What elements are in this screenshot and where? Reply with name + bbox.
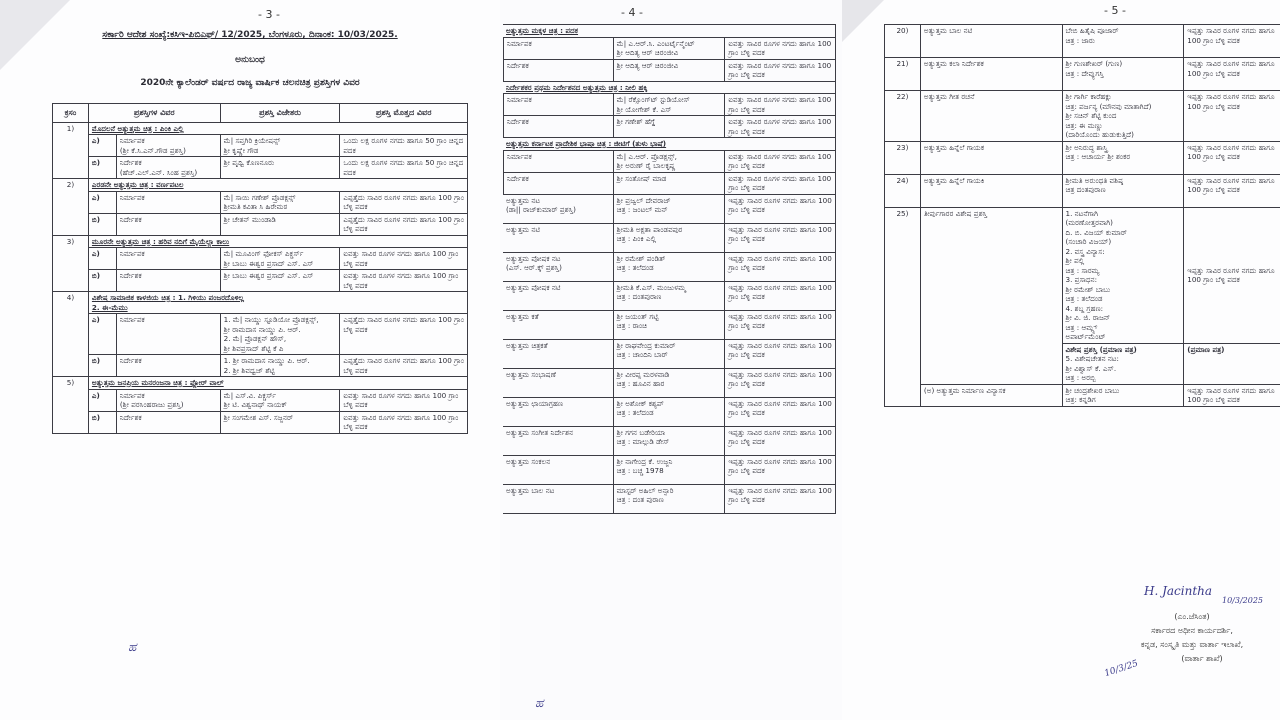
table-row: ಅತ್ಯುತ್ತಮ ನಟಿಶ್ರೀಮತಿ ಅಕ್ಷತಾ ಪಾಂಡವಪುರ ಚಿತ… <box>503 223 836 252</box>
award-category: ಅತ್ಯುತ್ತಮ ಸಂಗೀತ ನಿರ್ದೇಶನ <box>503 426 613 455</box>
section-heading-row: 1)ಮೊದಲನೆ ಅತ್ಯುತ್ತಮ ಚಿತ್ರ : ಪಿಂಕಿ ಎಲ್ಲಿ <box>53 122 468 135</box>
section-heading-row: 2)ಎರಡನೇ ಅತ್ಯುತ್ತಮ ಚಿತ್ರ : ವರ್ಣಪಟಲ <box>53 179 468 192</box>
signature-date: 10/3/2025 <box>1222 596 1263 605</box>
award-winner: ಶ್ರೀ ಸಂತೋಷ್ ಮಾಡ <box>613 172 725 194</box>
section-title: ಮೊದಲನೆ ಅತ್ಯುತ್ತಮ ಚಿತ್ರ : ಪಿಂಕಿ ಎಲ್ಲಿ <box>88 122 467 135</box>
table-row: ಅತ್ಯುತ್ತಮ ಪೋಷಕ ನಟ (ಎಸ್. ಆರ್.ಕ್ಕ್ ಪ್ರಶಸ್ತ… <box>503 252 836 281</box>
award-amount: ಎಪ್ಪತ್ತೈದು ಸಾವಿರ ರೂಗಳ ನಗದು ಹಾಗೂ 100 ಗ್ರಾ… <box>340 191 468 213</box>
award-amount: ಇಪ್ಪತ್ತು ಸಾವಿರ ರೂಗಳ ನಗದು ಹಾಗೂ 100 ಗ್ರಾಂ … <box>725 368 836 397</box>
award-amount: ಒಂದು ಲಕ್ಷ ರೂಗಳ ನಗದು ಹಾಗೂ 50 ಗ್ರಾಂ ಚಿನ್ನದ… <box>340 135 468 157</box>
table-row: ಎ)ನಿರ್ಮಾಪಕ (ಶ್ರೀ ಪರಸಿಂಹರಾಜು ಪ್ರಶಸ್ತಿ)ಮೆ|… <box>53 389 468 411</box>
award-amount: ಐವತ್ತು ಸಾವಿರ ರೂಗಳ ನಗದು ಹಾಗೂ 100 ಗ್ರಾಂ ಬೆ… <box>725 37 836 59</box>
award-amount: ಇಪ್ಪತ್ತು ಸಾವಿರ ರೂಗಳ ನಗದು ಹಾಗೂ 100 ಗ್ರಾಂ … <box>1184 174 1280 207</box>
award-amount: ಎಪ್ಪತ್ತೈದು ಸಾವಿರ ರೂಗಳ ನಗದು ಹಾಗೂ 100 ಗ್ರಾ… <box>340 314 468 355</box>
award-amount: ಇಪ್ಪತ್ತು ಸಾವಿರ ರೂಗಳ ನಗದು ಹಾಗೂ 100 ಗ್ರಾಂ … <box>1184 207 1280 343</box>
signatory-department: ಕನ್ನಡ, ಸಂಸ್ಕೃತಿ ಮತ್ತು ವಾರ್ತಾ ಇಲಾಖೆ, <box>1082 640 1280 650</box>
page-number: - 4 - <box>621 6 643 19</box>
table-row: ಬಿ)ನಿರ್ದೇಶಕಶ್ರೀ ಸಂಗಮೇಶ ಎಸ್. ಸಜ್ಜನರ್ಐವತ್ತ… <box>53 411 468 433</box>
page-number: - 3 - <box>258 8 280 21</box>
award-amount: ಇಪ್ಪತ್ತು ಸಾವಿರ ರೂಗಳ ನಗದು ಹಾಗೂ 100 ಗ್ರಾಂ … <box>1184 58 1280 91</box>
award-role: ನಿರ್ದೇಶಕ <box>116 355 220 377</box>
table-row: (ಅ) ಅತ್ಯುತ್ತಮ ನಿರ್ಮಾಣ ವಿನ್ಯಾಸಕಶ್ರೀ ಚಂದ್ರ… <box>885 384 1280 406</box>
award-category: ಅತ್ಯುತ್ತಮ ಪೋಷಕ ನಟ (ಎಸ್. ಆರ್.ಕ್ಕ್ ಪ್ರಶಸ್ತ… <box>503 252 613 281</box>
section-title: ಅತ್ಯುತ್ತಮ ಮಕ್ಕಳ ಚಿತ್ರ : ಪದಕ <box>503 25 836 38</box>
award-winner: ಶ್ರೀ ಸಂಗಮೇಶ ಎಸ್. ಸಜ್ಜನರ್ <box>220 411 340 433</box>
table-row: ಅತ್ಯುತ್ತಮ ಪೋಷಕ ನಟಿಶ್ರೀಮತಿ ಕೆ.ಎಸ್. ಮಂಜುಳಮ… <box>503 281 836 310</box>
table-row: ಅತ್ಯುತ್ತಮ ನಟ (ಡಾ|| ರಾಜ್‌ಕುಮಾರ್ ಪ್ರಶಸ್ತಿ)… <box>503 194 836 223</box>
award-winner: ಶ್ರೀ ಅಶೋಕ್ ಕಶ್ಯಪ್ ಚಿತ್ರ : ತಲೆದಂಡ <box>613 397 725 426</box>
award-role: ನಿರ್ಮಾಪಕ <box>503 150 613 172</box>
section-number: 5) <box>53 377 89 434</box>
award-winner: 1. ಶ್ರೀ ರಾಮದಾಸ ನಾಯ್ಡು ಪಿ. ಆರ್. 2. ಶ್ರೀ ಶ… <box>220 355 340 377</box>
serial-number: 22) <box>885 91 921 142</box>
award-winner: ಶ್ರೀಮತಿ ಅರುಂಧತಿ ವಶಿಷ್ಠ ಚಿತ್ರ ದಂತಪುರಾಣ <box>1062 174 1184 207</box>
award-amount: ಐವತ್ತು ಸಾವಿರ ರೂಗಳ ನಗದು ಹಾಗೂ 100 ಗ್ರಾಂ ಬೆ… <box>725 150 836 172</box>
award-amount: ಎಪ್ಪತ್ತೈದು ಸಾವಿರ ರೂಗಳ ನಗದು ಹಾಗೂ 100 ಗ್ರಾ… <box>340 355 468 377</box>
award-amount: ಐವತ್ತು ಸಾವಿರ ರೂಗಳ ನಗದು ಹಾಗೂ 100 ಗ್ರಾಂ ಬೆ… <box>725 59 836 81</box>
award-role: ನಿರ್ದೇಶಕ <box>503 172 613 194</box>
section-heading-row: ಅತ್ಯುತ್ತಮ ಮಕ್ಕಳ ಚಿತ್ರ : ಪದಕ <box>503 25 836 38</box>
award-winner: ಮೆ| ಎ.ಆರ್. ಪ್ರೊಡಕ್ಷನ್ಸ್, ಶ್ರೀ ಅರುಣ್ ರೈ ಬ… <box>613 150 725 172</box>
table-row: ಅತ್ಯುತ್ತಮ ಕತೆಶ್ರೀ ಜಯಂತ್ ಗಟ್ಟಿ ಚಿತ್ರ : ರಾ… <box>503 310 836 339</box>
award-winner: 1. ನಟನೆಗಾಗಿ (ಮರಣೋತ್ತರವಾಗಿ) ದಿ. ಬಿ. ವಿಜಯ್… <box>1062 207 1184 343</box>
award-category: ಅತ್ಯುತ್ತಮ ನಟಿ <box>503 223 613 252</box>
table-row: 24)ಅತ್ಯುತ್ತಮ ಹಿನ್ನೆಲೆ ಗಾಯಕಿಶ್ರೀಮತಿ ಅರುಂಧ… <box>885 174 1280 207</box>
order-reference: ಸರ್ಕಾರಿ ಆದೇಶ ಸಂಖ್ಯೆ:ಕಸಿಇ-ಪಿಬಿಎಫ್/ 12/202… <box>0 30 500 40</box>
table-row: ನಿರ್ದೇಶಕಶ್ರೀ ಗಣೇಶ್ ಹೆಗ್ಡೆಐವತ್ತು ಸಾವಿರ ರೂ… <box>503 116 836 138</box>
award-winner: ಮಾಸ್ಟರ್ ಅಹಿಲ್ ಅನ್ಸಾರಿ ಚಿತ್ರ : ದಂತ ಪುರಾಣ <box>613 484 725 513</box>
table-row: ನಿರ್ಮಾಪಕಮೆ| ಎ.ಆರ್. ಪ್ರೊಡಕ್ಷನ್ಸ್, ಶ್ರೀ ಅರ… <box>503 150 836 172</box>
award-amount: ಇಪ್ಪತ್ತು ಸಾವಿರ ರೂಗಳ ನಗದು ಹಾಗೂ 100 ಗ್ರಾಂ … <box>725 426 836 455</box>
award-role: ನಿರ್ಮಾಪಕ <box>116 191 220 213</box>
table-row: ಅತ್ಯುತ್ತಮ ಬಾಲ ನಟಮಾಸ್ಟರ್ ಅಹಿಲ್ ಅನ್ಸಾರಿ ಚಿ… <box>503 484 836 513</box>
serial-number: 20) <box>885 25 921 58</box>
award-winner: ಬೇಬಿ ಹಿತೈಷಿ ಪೂಜಾರ್ ಚಿತ್ರ : ಜಾರು <box>1062 25 1184 58</box>
initials-mark: ಹ <box>128 640 136 655</box>
signatory-name: (ಎಂ.ಜೆಸಿಂತ) <box>1102 612 1280 622</box>
award-amount: ಇಪ್ಪತ್ತು ಸಾವಿರ ರೂಗಳ ನಗದು ಹಾಗೂ 100 ಗ್ರಾಂ … <box>725 252 836 281</box>
award-role: ನಿರ್ದೇಶಕ <box>116 411 220 433</box>
award-winner: ಶ್ರೀ ನಾಗೇಂದ್ರ ಕೆ. ಉಜ್ಜನಿ ಚಿತ್ರ : ಬಚ್ಚ 19… <box>613 455 725 484</box>
award-winner: ಶ್ರೀ ರಾಘವೇಂದ್ರ ಕುಮಾರ್ ಚಿತ್ರ : ಚಾಂದಿನಿ ಬಾ… <box>613 339 725 368</box>
award-category: ಅತ್ಯುತ್ತಮ ಬಾಲ ನಟಿ <box>920 25 1062 58</box>
document-title: 2020ನೇ ಕ್ಯಾಲೆಂಡರ್ ವರ್ಷದ ರಾಜ್ಯ ವಾರ್ಷಿಕ ಚಲ… <box>0 78 500 88</box>
award-amount: ಇಪ್ಪತ್ತು ಸಾವಿರ ರೂಗಳ ನಗದು ಹಾಗೂ 100 ಗ್ರಾಂ … <box>1184 25 1280 58</box>
table-row: ನಿರ್ದೇಶಕಶ್ರೀ ಆದಿತ್ಯ ಆರ್ ಚಿರಂಜೀವಿಐವತ್ತು ಸ… <box>503 59 836 81</box>
sub-item: ಎ) <box>88 389 116 411</box>
table-row: ಎ)ನಿರ್ಮಾಪಕ (ಶ್ರೀ ಕೆ.ಸಿ.ಎನ್.ಗೌಡ ಪ್ರಶಸ್ತಿ)… <box>53 135 468 157</box>
table-row: ಬಿ)ನಿರ್ದೇಶಕಶ್ರೀ ಚೇತನ್ ಮುಂಡಾಡಿಎಪ್ಪತ್ತೈದು … <box>53 213 468 235</box>
section-heading-row: 3)ಮೂರನೇ ಅತ್ಯುತ್ತಮ ಚಿತ್ರ : ಹರಿವ ನದಿಗೆ ಮೈಯ… <box>53 235 468 248</box>
award-winner: ಶ್ರೀ ವೀರಪ್ಪ ಮರಳವಾಡಿ ಚಿತ್ರ : ಹೂವಿನ ಹಾರ <box>613 368 725 397</box>
section-number: 2) <box>53 179 89 236</box>
award-category: ಅತ್ಯುತ್ತಮ ನಟ (ಡಾ|| ರಾಜ್‌ಕುಮಾರ್ ಪ್ರಶಸ್ತಿ) <box>503 194 613 223</box>
awards-table-page-3: ಕ್ರಸಂ ಪ್ರಶಸ್ತಿಗಳ ವಿವರ ಪ್ರಶಸ್ತಿ ವಿಜೇತರು ಪ… <box>52 103 468 434</box>
table-row: ಬಿ)ನಿರ್ದೇಶಕ (ಹೆಚ್.ಎಲ್.ಎನ್. ಸಿಂಹ ಪ್ರಶಸ್ತಿ… <box>53 157 468 179</box>
award-winner: ಶ್ರೀ ಜಯಂತ್ ಗಟ್ಟಿ ಚಿತ್ರ : ರಾಂಚಿ <box>613 310 725 339</box>
award-amount: ಒಂದು ಲಕ್ಷ ರೂಗಳ ನಗದು ಹಾಗೂ 50 ಗ್ರಾಂ ಚಿನ್ನದ… <box>340 157 468 179</box>
section-number: 3) <box>53 235 89 292</box>
award-category: ಅತ್ಯುತ್ತಮ ಹಿನ್ನೆಲೆ ಗಾಯಕ <box>920 141 1062 174</box>
award-category: ಅತ್ಯುತ್ತಮ ಛಾಯಾಗ್ರಹಣ <box>503 397 613 426</box>
award-amount: ಇಪ್ಪತ್ತು ಸಾವಿರ ರೂಗಳ ನಗದು ಹಾಗೂ 100 ಗ್ರಾಂ … <box>725 223 836 252</box>
award-role: ನಿರ್ಮಾಪಕ <box>503 37 613 59</box>
table-row: 22)ಅತ್ಯುತ್ತಮ ಗೀತ ರಚನೆಶ್ರೀ ಗಾರ್ಗಿ ಕಾರೆಹಕ್… <box>885 91 1280 142</box>
award-category: ಅತ್ಯುತ್ತಮ ಚಿತ್ರಕತೆ <box>503 339 613 368</box>
award-winner: ಶ್ರೀ ಪೃಥ್ವಿ ಕೊಣನೂರು <box>220 157 340 179</box>
award-role: ನಿರ್ದೇಶಕ <box>503 116 613 138</box>
award-category: ಅತ್ಯುತ್ತಮ ಬಾಲ ನಟ <box>503 484 613 513</box>
table-row: ನಿರ್ಮಾಪಕಮೆ| ಎ.ಆರ್.ಸಿ. ಎಂಟರ್ಟೈನ್ಮೆಂಟ್ ಶ್ರ… <box>503 37 836 59</box>
award-winner: ಶ್ರೀ ಪ್ರಜ್ವಲ್ ದೇವರಾಜ್ ಚಿತ್ರ : ಜಂಟಲ್ ಮನ್ <box>613 194 725 223</box>
award-winner: ಶ್ರೀ ಗಗನ ಬಡೇರಿಯಾ ಚಿತ್ರ : ಮಾಲ್ಗುಡಿ ಡೇಸ್ <box>613 426 725 455</box>
award-category: ತೀರ್ಪುಗಾರರ ವಿಶೇಷ ಪ್ರಶಸ್ತಿ <box>920 207 1062 384</box>
table-row: 21)ಅತ್ಯುತ್ತಮ ಕಲಾ ನಿರ್ದೇಶಕಶ್ರೀ ಗುಣಶೇಖರ್ (… <box>885 58 1280 91</box>
table-row: 25)ತೀರ್ಪುಗಾರರ ವಿಶೇಷ ಪ್ರಶಸ್ತಿ1. ನಟನೆಗಾಗಿ … <box>885 207 1280 343</box>
award-amount: ಇಪ್ಪತ್ತು ಸಾವಿರ ರೂಗಳ ನಗದು ಹಾಗೂ 100 ಗ್ರಾಂ … <box>725 339 836 368</box>
award-winner: ಮೆ| ಸಪ್ತಗಿರಿ ಕ್ರಿಯೇಷನ್ಸ್ ಶ್ರೀ ಕೃಷ್ಣೇ ಗೌಡ <box>220 135 340 157</box>
table-row: 23)ಅತ್ಯುತ್ತಮ ಹಿನ್ನೆಲೆ ಗಾಯಕಶ್ರೀ ಅನಿರುದ್ಧ … <box>885 141 1280 174</box>
award-amount: ಐವತ್ತು ಸಾವಿರ ರೂಗಳ ನಗದು ಹಾಗೂ 100 ಗ್ರಾಂ ಬೆ… <box>725 116 836 138</box>
section-number: 1) <box>53 122 89 179</box>
column-header-amount: ಪ್ರಶಸ್ತಿ ಮೊತ್ತದ ವಿವರ <box>340 104 468 123</box>
award-winner: ಶ್ರೀಮತಿ ಅಕ್ಷತಾ ಪಾಂಡವಪುರ ಚಿತ್ರ : ಪಿಂಕಿ ಎಲ… <box>613 223 725 252</box>
section-title: ಮೂರನೇ ಅತ್ಯುತ್ತಮ ಚಿತ್ರ : ಹರಿವ ನದಿಗೆ ಮೈಯೆಲ… <box>88 235 467 248</box>
table-row: ಅತ್ಯುತ್ತಮ ಛಾಯಾಗ್ರಹಣಶ್ರೀ ಅಶೋಕ್ ಕಶ್ಯಪ್ ಚಿತ… <box>503 397 836 426</box>
award-winner: 1. ಮೆ| ನಾಯ್ಡು ಸ್ಟೂಡಿಯೋ ಪ್ರೊಡಕ್ಷನ್ಸ್, ಶ್ರ… <box>220 314 340 355</box>
award-role: ನಿರ್ದೇಶಕ (ಹೆಚ್.ಎಲ್.ಎನ್. ಸಿಂಹ ಪ್ರಶಸ್ತಿ) <box>116 157 220 179</box>
award-winner: ಮೆ| ಮೂವಿಂಗ್ ಫೋಕಸ್ ಪಿಕ್ಚರ್ಸ್ ಶ್ರೀ ಬಾಬು ಈಶ… <box>220 248 340 270</box>
sub-item: ಎ) <box>88 248 116 270</box>
award-category: ಅತ್ಯುತ್ತಮ ಪೋಷಕ ನಟಿ <box>503 281 613 310</box>
section-heading-row: ನಿರ್ದೇಶಕರ ಪ್ರಥಮ ನಿರ್ದೇಶನದ ಅತ್ಯುತ್ತಮ ಚಿತ್… <box>503 81 836 94</box>
award-amount: ಐವತ್ತು ಸಾವಿರ ರೂಗಳ ನಗದು ಹಾಗೂ 100 ಗ್ರಾಂ ಬೆ… <box>725 172 836 194</box>
award-role: ನಿರ್ದೇಶಕ <box>503 59 613 81</box>
serial-number: 21) <box>885 58 921 91</box>
document-page-5: - 5 - 20)ಅತ್ಯುತ್ತಮ ಬಾಲ ನಟಿಬೇಬಿ ಹಿತೈಷಿ ಪೂ… <box>842 0 1280 720</box>
award-amount: ಇಪ್ಪತ್ತು ಸಾವಿರ ರೂಗಳ ನಗದು ಹಾಗೂ 100 ಗ್ರಾಂ … <box>725 194 836 223</box>
table-row: ನಿರ್ದೇಶಕಶ್ರೀ ಸಂತೋಷ್ ಮಾಡಐವತ್ತು ಸಾವಿರ ರೂಗಳ… <box>503 172 836 194</box>
awards-table-page-4: ಅತ್ಯುತ್ತಮ ಮಕ್ಕಳ ಚಿತ್ರ : ಪದಕನಿರ್ಮಾಪಕಮೆ| ಎ… <box>503 24 836 514</box>
special-award-amount: (ಪ್ರಮಾಣ ಪತ್ರ) <box>1184 343 1280 384</box>
table-row: ಅತ್ಯುತ್ತಮ ಸಂಗೀತ ನಿರ್ದೇಶನಶ್ರೀ ಗಗನ ಬಡೇರಿಯಾ… <box>503 426 836 455</box>
serial-number: 23) <box>885 141 921 174</box>
award-winner: ಮೆ| ಸಾಯಿ ಗಣೇಶ್ ಪ್ರೊಡಕ್ಷನ್ಸ್ ಶ್ರೀಮತಿ ಕವಿತ… <box>220 191 340 213</box>
section-heading-row: 5)ಅತ್ಯುತ್ತಮ ಜನಪ್ರಿಯ ಮನರಂಜನಾ ಚಿತ್ರ : ಫ್ಲೋ… <box>53 377 468 390</box>
award-winner: ಶ್ರೀಮತಿ ಕೆ.ಎಸ್. ಮಂಜುಳಮ್ಮ ಚಿತ್ರ : ದಂತಪುರಾ… <box>613 281 725 310</box>
table-row: ಎ)ನಿರ್ಮಾಪಕ1. ಮೆ| ನಾಯ್ಡು ಸ್ಟೂಡಿಯೋ ಪ್ರೊಡಕ್… <box>53 314 468 355</box>
awards-table-page-5: 20)ಅತ್ಯುತ್ತಮ ಬಾಲ ನಟಿಬೇಬಿ ಹಿತೈಷಿ ಪೂಜಾರ್ ಚ… <box>884 24 1280 407</box>
award-amount: ಇಪ್ಪತ್ತು ಸಾವಿರ ರೂಗಳ ನಗದು ಹಾಗೂ 100 ಗ್ರಾಂ … <box>1184 141 1280 174</box>
column-header-serial: ಕ್ರಸಂ <box>53 104 89 123</box>
section-title: ಎರಡನೇ ಅತ್ಯುತ್ತಮ ಚಿತ್ರ : ವರ್ಣಪಟಲ <box>88 179 467 192</box>
award-amount: ಎಪ್ಪತ್ತೈದು ಸಾವಿರ ರೂಗಳ ನಗದು ಹಾಗೂ 100 ಗ್ರಾ… <box>340 213 468 235</box>
award-category: ಅತ್ಯುತ್ತಮ ಕತೆ <box>503 310 613 339</box>
table-row: 20)ಅತ್ಯುತ್ತಮ ಬಾಲ ನಟಿಬೇಬಿ ಹಿತೈಷಿ ಪೂಜಾರ್ ಚ… <box>885 25 1280 58</box>
award-winner: ಶ್ರೀ ಬಾಬು ಈಶ್ವರ ಪ್ರಸಾದ್ ಎಸ್. ಎಸ್ <box>220 270 340 292</box>
section-title: ಅತ್ಯುತ್ತಮ ಕರ್ನಾಟಕ ಪ್ರಾದೇಶಿಕ ಭಾಷಾ ಚಿತ್ರ :… <box>503 138 836 151</box>
award-category: ಅತ್ಯುತ್ತಮ ಸಂಭಾಷಣೆ <box>503 368 613 397</box>
award-amount: ಇಪ್ಪತ್ತು ಸಾವಿರ ರೂಗಳ ನಗದು ಹಾಗೂ 100 ಗ್ರಾಂ … <box>725 484 836 513</box>
award-amount: ಐವತ್ತು ಸಾವಿರ ರೂಗಳ ನಗದು ಹಾಗೂ 100 ಗ್ರಾಂ ಬೆ… <box>340 389 468 411</box>
table-row: ಎ)ನಿರ್ಮಾಪಕಮೆ| ಸಾಯಿ ಗಣೇಶ್ ಪ್ರೊಡಕ್ಷನ್ಸ್ ಶ್… <box>53 191 468 213</box>
table-row: ಬಿ)ನಿರ್ದೇಶಕಶ್ರೀ ಬಾಬು ಈಶ್ವರ ಪ್ರಸಾದ್ ಎಸ್. … <box>53 270 468 292</box>
award-role: ನಿರ್ಮಾಪಕ <box>503 94 613 116</box>
sub-item: ಎ) <box>88 191 116 213</box>
document-page-3: - 3 - ಸರ್ಕಾರಿ ಆದೇಶ ಸಂಖ್ಯೆ:ಕಸಿಇ-ಪಿಬಿಎಫ್/ … <box>0 0 500 720</box>
sub-item: ಬಿ) <box>88 157 116 179</box>
column-header-award-details: ಪ್ರಶಸ್ತಿಗಳ ವಿವರ <box>88 104 220 123</box>
award-amount: ಇಪ್ಪತ್ತು ಸಾವಿರ ರೂಗಳ ನಗದು ಹಾಗೂ 100 ಗ್ರಾಂ … <box>725 455 836 484</box>
award-role: ನಿರ್ದೇಶಕ <box>116 213 220 235</box>
table-row: ಅತ್ಯುತ್ತಮ ಸಂಭಾಷಣೆಶ್ರೀ ವೀರಪ್ಪ ಮರಳವಾಡಿ ಚಿತ… <box>503 368 836 397</box>
award-winner: ಶ್ರೀ ಗುಣಶೇಖರ್ (ಗುಣ) ಚಿತ್ರ : ದೇವ್ಯುಗಸ್ತಿ <box>1062 58 1184 91</box>
sub-item: ಬಿ) <box>88 270 116 292</box>
award-role: ನಿರ್ದೇಶಕ <box>116 270 220 292</box>
award-amount: ಇಪ್ಪತ್ತು ಸಾವಿರ ರೂಗಳ ನಗದು ಹಾಗೂ 100 ಗ್ರಾಂ … <box>1184 384 1280 406</box>
award-category: (ಅ) ಅತ್ಯುತ್ತಮ ನಿರ್ಮಾಣ ವಿನ್ಯಾಸಕ <box>920 384 1062 406</box>
serial-number: 24) <box>885 174 921 207</box>
award-winner: ಮೆ| ರೆಕ್ಸೊಂಗ್‌ಟ್ ಸ್ಟುಡಿಯೋಸ್ ಶ್ರೀ ಯೋಗೇಶ್ … <box>613 94 725 116</box>
sub-item: ಎ) <box>88 135 116 157</box>
annexure-heading: ಅನುಬಂಧ <box>0 55 500 65</box>
award-role: ನಿರ್ಮಾಪಕ <box>116 314 220 355</box>
award-amount: ಇಪ್ಪತ್ತು ಸಾವಿರ ರೂಗಳ ನಗದು ಹಾಗೂ 100 ಗ್ರಾಂ … <box>725 397 836 426</box>
award-amount: ಐವತ್ತು ಸಾವಿರ ರೂಗಳ ನಗದು ಹಾಗೂ 100 ಗ್ರಾಂ ಬೆ… <box>340 270 468 292</box>
sub-item: ಎ) <box>88 314 116 355</box>
sub-item: ಬಿ) <box>88 355 116 377</box>
page-fold-corner <box>842 0 884 42</box>
award-winner: ಶ್ರೀ ಆದಿತ್ಯ ಆರ್ ಚಿರಂಜೀವಿ <box>613 59 725 81</box>
award-winner: ಶ್ರೀ ಚಂದ್ರಶೇಖರ ಬಾಬು ಚಿತ್ರ: ಕನ್ನಡಿಗ <box>1062 384 1184 406</box>
award-winner: ಶ್ರೀ ಗಾರ್ಗಿ ಕಾರೆಹಕ್ಲು ಚಿತ್ರ: ಪರ್ಜನ್ಯ (ಮೌ… <box>1062 91 1184 142</box>
special-award-winner: ವಿಶೇಷ ಪ್ರಶಸ್ತಿ (ಪ್ರಮಾಣ ಪತ್ರ)5. ವಿಶೇಷಚೇತನ… <box>1062 343 1184 384</box>
table-row: ಎ)ನಿರ್ಮಾಪಕಮೆ| ಮೂವಿಂಗ್ ಫೋಕಸ್ ಪಿಕ್ಚರ್ಸ್ ಶ್… <box>53 248 468 270</box>
award-category: ಅತ್ಯುತ್ತಮ ಗೀತ ರಚನೆ <box>920 91 1062 142</box>
award-amount: ಇಪ್ಪತ್ತು ಸಾವಿರ ರೂಗಳ ನಗದು ಹಾಗೂ 100 ಗ್ರಾಂ … <box>725 310 836 339</box>
award-category: ಅತ್ಯುತ್ತಮ ಕಲಾ ನಿರ್ದೇಶಕ <box>920 58 1062 91</box>
award-amount: ಐವತ್ತು ಸಾವಿರ ರೂಗಳ ನಗದು ಹಾಗೂ 100 ಗ್ರಾಂ ಬೆ… <box>340 248 468 270</box>
award-winner: ಶ್ರೀ ಅನಿರುದ್ಧ ಶಾಸ್ತ್ರಿ ಚಿತ್ರ : ಆಚಾರ್ಯ ಶ್… <box>1062 141 1184 174</box>
handwritten-signature: H. Jacintha <box>1144 584 1212 598</box>
award-category: ಅತ್ಯುತ್ತಮ ಸಂಕಲನ <box>503 455 613 484</box>
page-number: - 5 - <box>1104 4 1126 17</box>
section-heading-row: ಅತ್ಯುತ್ತಮ ಕರ್ನಾಟಕ ಪ್ರಾದೇಶಿಕ ಭಾಷಾ ಚಿತ್ರ :… <box>503 138 836 151</box>
table-row: ಬಿ)ನಿರ್ದೇಶಕ1. ಶ್ರೀ ರಾಮದಾಸ ನಾಯ್ಡು ಪಿ. ಆರ್… <box>53 355 468 377</box>
table-row: ನಿರ್ಮಾಪಕಮೆ| ರೆಕ್ಸೊಂಗ್‌ಟ್ ಸ್ಟುಡಿಯೋಸ್ ಶ್ರೀ… <box>503 94 836 116</box>
award-winner: ಮೆ| ಎ.ಆರ್.ಸಿ. ಎಂಟರ್ಟೈನ್ಮೆಂಟ್ ಶ್ರೀ ಆದಿತ್ಯ… <box>613 37 725 59</box>
sub-item: ಬಿ) <box>88 213 116 235</box>
table-row: ಅತ್ಯುತ್ತಮ ಸಂಕಲನಶ್ರೀ ನಾಗೇಂದ್ರ ಕೆ. ಉಜ್ಜನಿ … <box>503 455 836 484</box>
section-heading-row: 4)ವಿಶೇಷ ಸಾಮಾಜಿಕ ಕಾಳಜಿಯ ಚಿತ್ರ : 1. ಗಿಳಿಯು… <box>53 292 468 314</box>
award-winner: ಶ್ರೀ ಗಣೇಶ್ ಹೆಗ್ಡೆ <box>613 116 725 138</box>
award-winner: ಮೆ| ಎಸ್.ವಿ. ಪಿಕ್ಚರ್ಸ್ ಶ್ರೀ ಟಿ. ವಿಶ್ವನಾಥ್… <box>220 389 340 411</box>
section-number: 4) <box>53 292 89 377</box>
award-winner: ಶ್ರೀ ರಮೇಶ್ ಪಂಡಿತ್ ಚಿತ್ರ : ತಲೆದಂಡ <box>613 252 725 281</box>
award-amount: ಇಪ್ಪತ್ತು ಸಾವಿರ ರೂಗಳ ನಗದು ಹಾಗೂ 100 ಗ್ರಾಂ … <box>1184 91 1280 142</box>
table-row: ಅತ್ಯುತ್ತಮ ಚಿತ್ರಕತೆಶ್ರೀ ರಾಘವೇಂದ್ರ ಕುಮಾರ್ … <box>503 339 836 368</box>
section-title: ಅತ್ಯುತ್ತಮ ಜನಪ್ರಿಯ ಮನರಂಜನಾ ಚಿತ್ರ : ಫ್ಲೋರ್… <box>88 377 467 390</box>
section-title: ವಿಶೇಷ ಸಾಮಾಜಿಕ ಕಾಳಜಿಯ ಚಿತ್ರ : 1. ಗಿಳಿಯು ಪ… <box>88 292 467 314</box>
award-amount: ಐವತ್ತು ಸಾವಿರ ರೂಗಳ ನಗದು ಹಾಗೂ 100 ಗ್ರಾಂ ಬೆ… <box>725 94 836 116</box>
award-role: ನಿರ್ಮಾಪಕ (ಶ್ರೀ ಕೆ.ಸಿ.ಎನ್.ಗೌಡ ಪ್ರಶಸ್ತಿ) <box>116 135 220 157</box>
column-header-winners: ಪ್ರಶಸ್ತಿ ವಿಜೇತರು <box>220 104 340 123</box>
section-title: ನಿರ್ದೇಶಕರ ಪ್ರಥಮ ನಿರ್ದೇಶನದ ಅತ್ಯುತ್ತಮ ಚಿತ್… <box>503 81 836 94</box>
initials-mark: ಹ <box>535 696 543 711</box>
award-category: ಅತ್ಯುತ್ತಮ ಹಿನ್ನೆಲೆ ಗಾಯಕಿ <box>920 174 1062 207</box>
document-page-4: - 4 - ಅತ್ಯುತ್ತಮ ಮಕ್ಕಳ ಚಿತ್ರ : ಪದಕನಿರ್ಮಾಪ… <box>503 0 838 720</box>
award-amount: ಇಪ್ಪತ್ತು ಸಾವಿರ ರೂಗಳ ನಗದು ಹಾಗೂ 100 ಗ್ರಾಂ … <box>725 281 836 310</box>
award-amount: ಐವತ್ತು ಸಾವಿರ ರೂಗಳ ನಗದು ಹಾಗೂ 100 ಗ್ರಾಂ ಬೆ… <box>340 411 468 433</box>
serial-number: 25) <box>885 207 921 406</box>
signatory-designation: ಸರ್ಕಾರದ ಅಧೀನ ಕಾರ್ಯದರ್ಶಿ, <box>1092 626 1280 636</box>
award-role: ನಿರ್ಮಾಪಕ (ಶ್ರೀ ಪರಸಿಂಹರಾಜು ಪ್ರಶಸ್ತಿ) <box>116 389 220 411</box>
award-winner: ಶ್ರೀ ಚೇತನ್ ಮುಂಡಾಡಿ <box>220 213 340 235</box>
award-role: ನಿರ್ಮಾಪಕ <box>116 248 220 270</box>
sub-item: ಬಿ) <box>88 411 116 433</box>
